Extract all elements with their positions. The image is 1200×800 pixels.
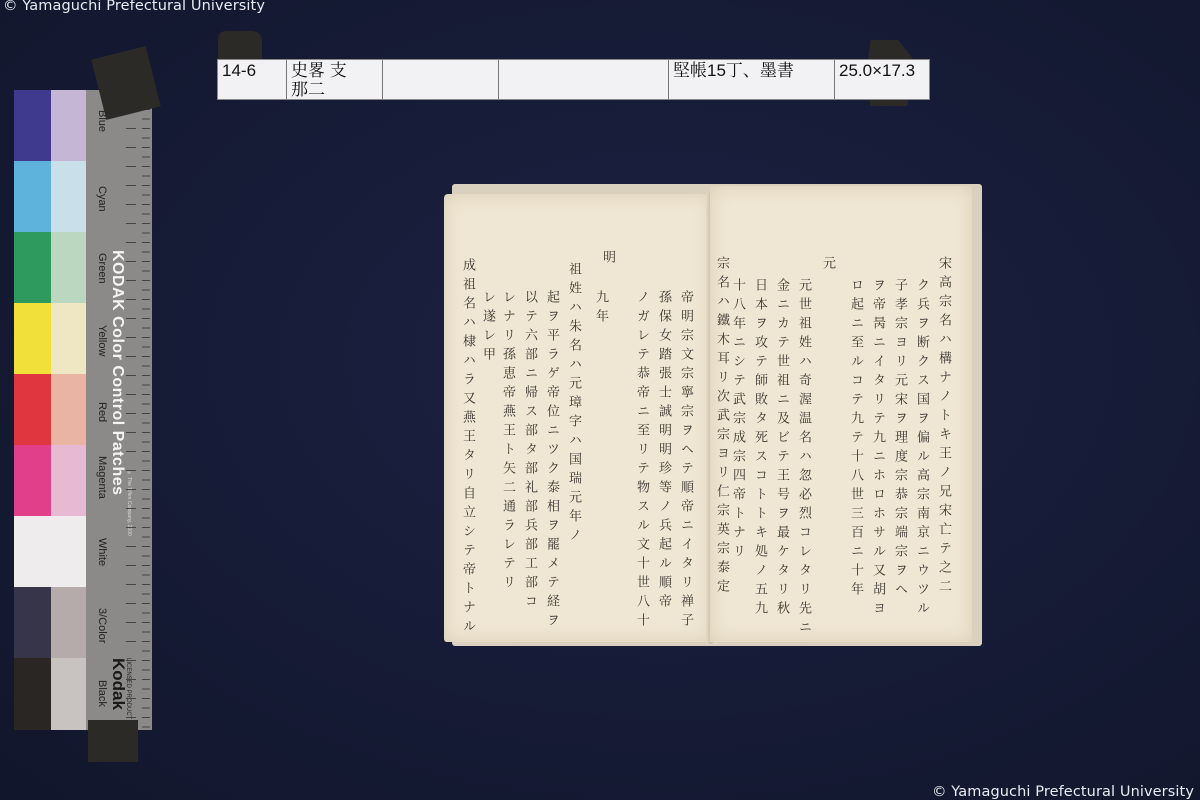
ruler-label-red: Red [88, 402, 108, 422]
patch-white [14, 516, 86, 587]
left-col-11: 成祖名ハ棣ハラ又燕王タリ自立シテ帝トナル [460, 258, 474, 638]
right-col-10: 十八年ニシテ武宗成宗四帝トナリ [730, 278, 744, 563]
patch-magenta-light [51, 445, 86, 516]
left-col-10: レ遂レ甲 [480, 290, 494, 366]
tape-ruler-bottom [88, 720, 138, 762]
left-col-2: 孫保女踏張士誠明明珍等ノ兵起ル順帝 [656, 290, 670, 613]
right-col-1: 宋高宗名ハ構ナノトキ王ノ兄宋亡テ之二 [936, 256, 950, 598]
left-col-1: 帝明宗文宗寧宗ヲヘテ順帝ニイタリ禅子 [678, 290, 692, 632]
label-blank-2 [499, 60, 669, 99]
right-col-7: 元世祖姓ハ奇渥温名ハ忽必烈コレタリ先ニ [796, 278, 810, 639]
right-col-4: ヲ帝昺ニイタリテ九ニホロホサル又胡ヨ [870, 278, 884, 620]
left-col-8: 以テ六部ニ帰ス部タ部礼部兵部工部コ [522, 290, 536, 613]
patch-blue-dark [14, 90, 51, 161]
kodak-ruler: Blue Cyan Green Yellow Red Magenta White… [86, 90, 152, 730]
watermark-bottom: © Yamaguchi Prefectural University [932, 784, 1194, 800]
right-col-5: ロ起ニ至ルコテ九テ十八世三百ニ十年 [848, 278, 862, 601]
patch-blue-light [51, 90, 86, 161]
left-col-6: 祖姓ハ朱名ハ元璋字ハ国瑞元年ノ [566, 262, 580, 547]
ruler-label-magenta: Magenta [88, 456, 108, 499]
patch-green-dark [14, 232, 51, 303]
label-blank-1 [383, 60, 499, 99]
ruler-label-3color: 3/Color [88, 608, 108, 643]
tape-top-left [218, 31, 262, 61]
label-description: 堅帳15丁、墨書 [669, 60, 835, 99]
right-page: 宋高宗名ハ構ナノトキ王ノ兄宋亡テ之二 ク兵ヲ断クス国ヲ偏ル高宗南京ニウツル 子孝… [710, 186, 972, 642]
right-col-8: 金ニカテ世祖ニ及ビテ王号ヲ最ケタリ秋 [774, 278, 788, 620]
patch-3color-dark [14, 587, 51, 658]
right-col-2: ク兵ヲ断クス国ヲ偏ル高宗南京ニウツル [914, 278, 928, 620]
ruler-label-cyan: Cyan [88, 186, 108, 212]
ruler-label-yellow: Yellow [88, 325, 108, 356]
watermark-top: © Yamaguchi Prefectural University [3, 0, 265, 14]
patch-magenta-dark [14, 445, 51, 516]
patch-red-light [51, 374, 86, 445]
ruler-label-green: Green [88, 253, 108, 284]
left-col-7: 起ヲ平ラゲ帝位ニツク泰相ヲ罷メテ経ヲ [544, 290, 558, 632]
right-col-3: 子孝宗ヨリ元宋ヲ理度宗恭宗端宗ヲヘ [892, 278, 906, 601]
patch-black-dark [14, 658, 51, 730]
label-title-line2: 那二 [291, 80, 378, 99]
ruler-inch-ticks [134, 90, 150, 730]
patch-cyan-light [51, 161, 86, 232]
left-col-5: 九年 [593, 290, 607, 328]
open-manuscript-book: 帝明宗文宗寧宗ヲヘテ順帝ニイタリ禅子 孫保女踏張士誠明明珍等ノ兵起ル順帝 ノガレ… [444, 180, 980, 648]
ruler-label-black: Black [88, 680, 108, 707]
label-dimensions: 25.0×17.3 [835, 60, 929, 99]
right-col-6: 元 [820, 256, 834, 275]
left-col-4: 明 [600, 250, 614, 269]
patch-3color-light [51, 587, 86, 658]
catalog-label: 14-6 史畧 支 那二 堅帳15丁、墨書 25.0×17.3 [217, 59, 930, 100]
right-col-11: 宗名ハ鐵木耳リ次武宗ヨリ仁宗英宗泰定 [714, 256, 728, 598]
left-col-3: ノガレテ恭帝ニ至リテ物スル文十世八十 [634, 290, 648, 632]
patch-green-light [51, 232, 86, 303]
patch-yellow-light [51, 303, 86, 374]
left-col-9: レナリ孫恵帝燕王ト矢二通ラレテリ [500, 290, 514, 594]
patch-black-light [51, 658, 86, 730]
patch-cyan-dark [14, 161, 51, 232]
left-page: 帝明宗文宗寧宗ヲヘテ順帝ニイタリ禅子 孫保女踏張士誠明明珍等ノ兵起ル順帝 ノガレ… [444, 194, 712, 642]
label-id: 14-6 [218, 60, 287, 99]
label-title-line1: 史畧 支 [291, 61, 378, 80]
kodak-title: KODAK Color Control Patches [108, 250, 126, 496]
label-title: 史畧 支 那二 [287, 60, 383, 99]
right-col-9: 日本ヲ攻テ師敗タ死スコトトキ処ノ五九 [752, 278, 766, 620]
patch-red-dark [14, 374, 51, 445]
ruler-label-white: White [88, 538, 108, 566]
patch-yellow-dark [14, 303, 51, 374]
